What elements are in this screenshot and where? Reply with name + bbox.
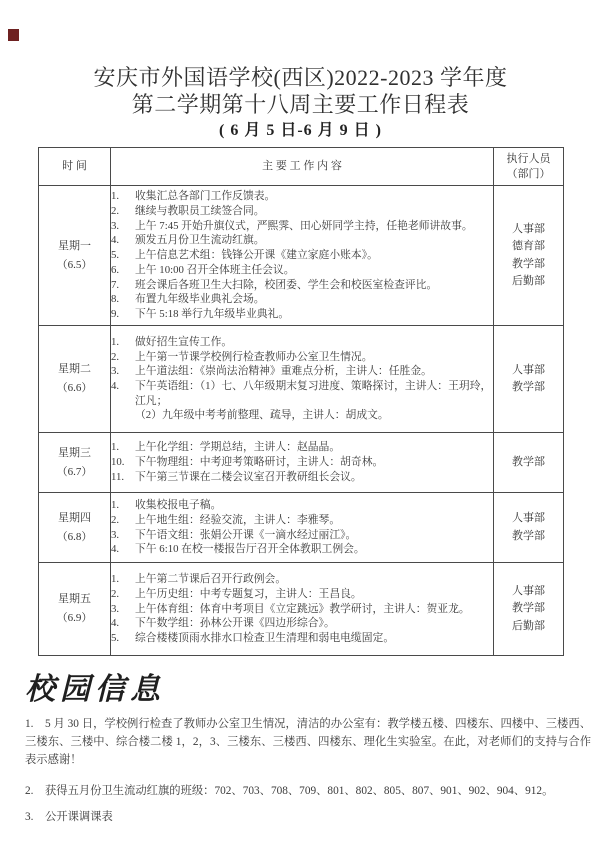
schedule-table: 时 间 主 要 工 作 内 容 执行人员 （部门） 星期一（6.5）1.收集汇总…	[38, 147, 564, 656]
campus-item-number: 1.	[25, 715, 37, 733]
work-item-text: 上午 7:45 开始升旗仪式，严熙霁、田心妍同学主持，任艳老师讲故事。	[135, 219, 493, 234]
work-item-text: 下午物理组：中考迎考策略研讨，主讲人：胡奇林。	[135, 455, 493, 470]
work-item-number: 2.	[111, 587, 135, 602]
campus-info-heading: 校园信息	[25, 672, 591, 708]
work-item-text: 上午地生组：经验交流，主讲人：李雅琴。	[135, 513, 493, 528]
work-item-number: 5.	[111, 631, 135, 646]
work-item-number: 11.	[111, 470, 135, 485]
work-item: 2.继续与教职员工续签合同。	[111, 204, 493, 219]
work-item-text: 收集汇总各部门工作反馈表。	[135, 189, 493, 204]
work-item-text: 上午 10:00 召开全体班主任会议。	[135, 263, 493, 278]
header-row: 时 间 主 要 工 作 内 容 执行人员 （部门）	[39, 148, 564, 186]
campus-info-item: 3.公开课调课表	[25, 808, 591, 826]
work-item-text: 做好招生宣传工作。	[135, 335, 493, 350]
work-items-cell: 1.做好招生宣传工作。2.上午第一节课学校例行检查教师办公室卫生情况。3.上午道…	[111, 326, 494, 433]
page-title-line2: 第二学期第十八周主要工作日程表	[0, 91, 601, 118]
campus-item-text: 公开课调课表	[45, 811, 113, 823]
staff-department: 德育部	[494, 238, 563, 256]
work-item-number: 1.	[111, 572, 135, 587]
header-content: 主 要 工 作 内 容	[111, 148, 494, 186]
work-item-number: 6.	[111, 263, 135, 278]
work-item: 8.布置九年级毕业典礼会场。	[111, 292, 493, 307]
date-label: （6.8）	[39, 528, 110, 547]
time-cell: 星期二（6.6）	[39, 326, 111, 433]
work-item: 4.颁发五月份卫生流动红旗。	[111, 233, 493, 248]
header-staff: 执行人员 （部门）	[494, 148, 564, 186]
work-item-number: 1.	[111, 498, 135, 513]
work-item-text: 上午道法组：《崇尚法治精神》重难点分析，主讲人：任胜金。	[135, 364, 493, 379]
work-item-text: 收集校报电子稿。	[135, 498, 493, 513]
work-item-text: 下午 6:10 在校一楼报告厅召开全体教职工例会。	[135, 542, 493, 557]
work-item-number: 3.	[111, 364, 135, 379]
day-label: 星期四	[39, 509, 110, 528]
header-time: 时 间	[39, 148, 111, 186]
campus-item-text: 获得五月份卫生流动红旗的班级：702、703、708、709、801、802、8…	[45, 785, 553, 797]
schedule-row: 星期一（6.5）1.收集汇总各部门工作反馈表。2.继续与教职员工续签合同。3.上…	[39, 186, 564, 326]
work-item-number: 4.	[111, 616, 135, 631]
time-cell: 星期一（6.5）	[39, 186, 111, 326]
date-label: （6.7）	[39, 463, 110, 482]
work-item: 4.下午 6:10 在校一楼报告厅召开全体教职工例会。	[111, 542, 493, 557]
work-item: 1.上午化学组：学期总结，主讲人：赵晶晶。	[111, 440, 493, 455]
staff-department: 人事部	[494, 362, 563, 380]
staff-department: 人事部	[494, 583, 563, 601]
staff-department: 后勤部	[494, 273, 563, 291]
work-items-cell: 1.收集汇总各部门工作反馈表。2.继续与教职员工续签合同。3.上午 7:45 开…	[111, 186, 494, 326]
work-item: 2.上午历史组：中考专题复习，主讲人：王昌良。	[111, 587, 493, 602]
work-item-number: 5.	[111, 248, 135, 263]
work-item: 1.收集汇总各部门工作反馈表。	[111, 189, 493, 204]
staff-department: 教学部	[494, 256, 563, 274]
work-item-text: 上午历史组：中考专题复习，主讲人：王昌良。	[135, 587, 493, 602]
work-item: 6.上午 10:00 召开全体班主任会议。	[111, 263, 493, 278]
work-item-number: 2.	[111, 204, 135, 219]
schedule-row: 星期五（6.9）1.上午第二节课后召开行政例会。2.上午历史组：中考专题复习，主…	[39, 563, 564, 656]
page-title-line1: 安庆市外国语学校(西区)2022-2023 学年度	[0, 64, 601, 91]
campus-info-section: 校园信息 1.5 月 30 日，学校例行检查了教师办公室卫生情况，清洁的办公室有…	[25, 672, 591, 826]
work-item: 11.下午第三节课在二楼会议室召开教研组长会议。	[111, 470, 493, 485]
work-item: 1.收集校报电子稿。	[111, 498, 493, 513]
work-item-number: 8.	[111, 292, 135, 307]
work-item-number: 1.	[111, 189, 135, 204]
work-item-text: 上午体育组：体育中考项目《立定跳远》教学研讨，主讲人：贺亚龙。	[135, 602, 493, 617]
work-item-number: 3.	[111, 528, 135, 543]
document-page: 安庆市外国语学校(西区)2022-2023 学年度 第二学期第十八周主要工作日程…	[0, 0, 601, 850]
date-label: （6.5）	[39, 256, 110, 275]
campus-info-item: 2.获得五月份卫生流动红旗的班级：702、703、708、709、801、802…	[25, 782, 591, 800]
work-item-number: 7.	[111, 278, 135, 293]
work-item-number: 2.	[111, 513, 135, 528]
staff-cell: 教学部	[494, 433, 564, 493]
work-item: 5.综合楼楼顶雨水排水口检查卫生清理和弱电电缆固定。	[111, 631, 493, 646]
day-label: 星期一	[39, 237, 110, 256]
work-item: 3.上午 7:45 开始升旗仪式，严熙霁、田心妍同学主持，任艳老师讲故事。	[111, 219, 493, 234]
work-item-number: 1.	[111, 440, 135, 455]
staff-department: 教学部	[494, 600, 563, 618]
schedule-row: 星期三（6.7）1.上午化学组：学期总结，主讲人：赵晶晶。10.下午物理组：中考…	[39, 433, 564, 493]
time-cell: 星期四（6.8）	[39, 493, 111, 563]
campus-item-text: 5 月 30 日，学校例行检查了教师办公室卫生情况，清洁的办公室有：教学楼五楼、…	[25, 718, 591, 766]
work-item-number: 3.	[111, 219, 135, 234]
work-item-text: 上午第一节课学校例行检查教师办公室卫生情况。	[135, 350, 493, 365]
work-item: 2.上午地生组：经验交流，主讲人：李雅琴。	[111, 513, 493, 528]
staff-department: 教学部	[494, 528, 563, 546]
staff-department: 后勤部	[494, 618, 563, 636]
work-item-text: 上午信息艺术组：钱锋公开课《建立家庭小账本》。	[135, 248, 493, 263]
schedule-row: 星期二（6.6）1.做好招生宣传工作。2.上午第一节课学校例行检查教师办公室卫生…	[39, 326, 564, 433]
work-item: 3.上午道法组：《崇尚法治精神》重难点分析，主讲人：任胜金。	[111, 364, 493, 379]
time-cell: 星期五（6.9）	[39, 563, 111, 656]
work-item-number: 3.	[111, 602, 135, 617]
staff-cell: 人事部教学部	[494, 326, 564, 433]
staff-cell: 人事部教学部	[494, 493, 564, 563]
work-item-text: 下午语文组：张娟公开课《一滴水经过丽江》。	[135, 528, 493, 543]
staff-cell: 人事部德育部教学部后勤部	[494, 186, 564, 326]
title-block: 安庆市外国语学校(西区)2022-2023 学年度 第二学期第十八周主要工作日程…	[0, 64, 601, 142]
staff-cell: 人事部教学部后勤部	[494, 563, 564, 656]
work-item-text: 下午第三节课在二楼会议室召开教研组长会议。	[135, 470, 493, 485]
work-item-number: 10.	[111, 455, 135, 470]
header-staff-line1: 执行人员	[494, 152, 563, 167]
work-item-number: 1.	[111, 335, 135, 350]
work-item: 3.下午语文组：张娟公开课《一滴水经过丽江》。	[111, 528, 493, 543]
date-label: （6.9）	[39, 609, 110, 628]
work-item-text: 下午 5:18 举行九年级毕业典礼。	[135, 307, 493, 322]
staff-department: 人事部	[494, 510, 563, 528]
work-item-text: 颁发五月份卫生流动红旗。	[135, 233, 493, 248]
day-label: 星期二	[39, 360, 110, 379]
staff-department: 人事部	[494, 221, 563, 239]
work-item-text: 上午第二节课后召开行政例会。	[135, 572, 493, 587]
work-item: 4.下午数学组：孙林公开课《四边形综合》。	[111, 616, 493, 631]
work-item-number: 2.	[111, 350, 135, 365]
work-items-cell: 1.上午第二节课后召开行政例会。2.上午历史组：中考专题复习，主讲人：王昌良。3…	[111, 563, 494, 656]
work-item: 1.上午第二节课后召开行政例会。	[111, 572, 493, 587]
work-items-cell: 1.收集校报电子稿。2.上午地生组：经验交流，主讲人：李雅琴。3.下午语文组：张…	[111, 493, 494, 563]
work-item-text: 上午化学组：学期总结，主讲人：赵晶晶。	[135, 440, 493, 455]
campus-item-number: 3.	[25, 808, 37, 826]
work-item: 2.上午第一节课学校例行检查教师办公室卫生情况。	[111, 350, 493, 365]
day-label: 星期三	[39, 444, 110, 463]
work-items-cell: 1.上午化学组：学期总结，主讲人：赵晶晶。10.下午物理组：中考迎考策略研讨，主…	[111, 433, 494, 493]
work-item: 3.上午体育组：体育中考项目《立定跳远》教学研讨，主讲人：贺亚龙。	[111, 602, 493, 617]
schedule-row: 星期四（6.8）1.收集校报电子稿。2.上午地生组：经验交流，主讲人：李雅琴。3…	[39, 493, 564, 563]
work-item: 5.上午信息艺术组：钱锋公开课《建立家庭小账本》。	[111, 248, 493, 263]
work-item-number: 4.	[111, 233, 135, 248]
work-item: 1.做好招生宣传工作。	[111, 335, 493, 350]
time-cell: 星期三（6.7）	[39, 433, 111, 493]
corner-mark	[8, 29, 19, 41]
day-label: 星期五	[39, 590, 110, 609]
work-item-text: 布置九年级毕业典礼会场。	[135, 292, 493, 307]
header-staff-line2: （部门）	[494, 167, 563, 182]
campus-info-item: 1.5 月 30 日，学校例行检查了教师办公室卫生情况，清洁的办公室有：教学楼五…	[25, 715, 591, 769]
work-item: 9.下午 5:18 举行九年级毕业典礼。	[111, 307, 493, 322]
page-title-date-range: ( 6 月 5 日-6 月 9 日 )	[0, 120, 601, 142]
campus-item-number: 2.	[25, 782, 37, 800]
work-item: 4.下午英语组：（1）七、八年级期末复习进度、策略探讨，主讲人：王玥玲， 江凡；…	[111, 379, 493, 423]
work-item-number: 9.	[111, 307, 135, 322]
work-item-text: 下午数学组：孙林公开课《四边形综合》。	[135, 616, 493, 631]
staff-department: 教学部	[494, 454, 563, 472]
work-item-text: 继续与教职员工续签合同。	[135, 204, 493, 219]
work-item-text: 综合楼楼顶雨水排水口检查卫生清理和弱电电缆固定。	[135, 631, 493, 646]
work-item-number: 4.	[111, 542, 135, 557]
staff-department: 教学部	[494, 379, 563, 397]
work-item-text: 班会课后各班卫生大扫除，校团委、学生会和校医室检查评比。	[135, 278, 493, 293]
work-item-number: 4.	[111, 379, 135, 423]
work-item-text: 下午英语组：（1）七、八年级期末复习进度、策略探讨，主讲人：王玥玲， 江凡； （…	[135, 379, 493, 423]
date-label: （6.6）	[39, 379, 110, 398]
work-item: 7.班会课后各班卫生大扫除，校团委、学生会和校医室检查评比。	[111, 278, 493, 293]
work-item: 10.下午物理组：中考迎考策略研讨，主讲人：胡奇林。	[111, 455, 493, 470]
